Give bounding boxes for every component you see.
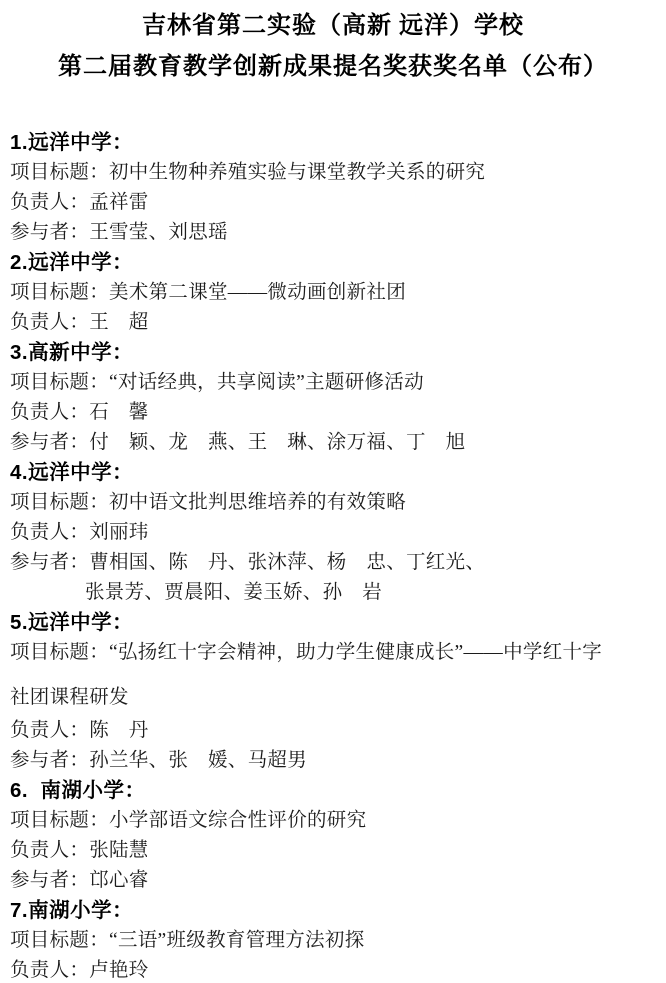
document-body: 1.远洋中学： 项目标题：初中生物种养殖实验与课堂教学关系的研究 负责人：孟祥雷… (0, 128, 666, 983)
section-1-header: 1.远洋中学： (10, 128, 656, 158)
section-7-project-title: 项目标题：“三语”班级教育管理方法初探 (10, 926, 656, 956)
section-6-header: 6. 南湖小学： (10, 776, 656, 806)
section-5-leader: 负责人：陈 丹 (10, 716, 656, 746)
section-1-leader: 负责人：孟祥雷 (10, 188, 656, 218)
section-3-leader: 负责人：石 馨 (10, 398, 656, 428)
section-7-header: 7.南湖小学： (10, 896, 656, 926)
section-5-header: 5.远洋中学： (10, 608, 656, 638)
section-4-header: 4.远洋中学： (10, 458, 656, 488)
section-6-participants: 参与者：邙心睿 (10, 866, 656, 896)
section-6-leader: 负责人：张陆慧 (10, 836, 656, 866)
section-3-participants: 参与者：付 颖、龙 燕、王 琳、涂万福、丁 旭 (10, 428, 656, 458)
section-2-header: 2.远洋中学： (10, 248, 656, 278)
section-4-project-title: 项目标题：初中语文批判思维培养的有效策略 (10, 488, 656, 518)
section-3-header: 3.高新中学： (10, 338, 656, 368)
document-title-block: 吉林省第二实验（高新 远洋）学校 第二届教育教学创新成果提名奖获奖名单（公布） (0, 0, 666, 88)
section-1-project-title: 项目标题：初中生物种养殖实验与课堂教学关系的研究 (10, 158, 656, 188)
document-title-line-2: 第二届教育教学创新成果提名奖获奖名单（公布） (0, 47, 666, 88)
section-4-participants: 参与者：曹相国、陈 丹、张沐萍、杨 忠、丁红光、 (10, 548, 656, 578)
document-title-line-1: 吉林省第二实验（高新 远洋）学校 (0, 6, 666, 47)
section-5-project-title: 项目标题：“弘扬红十字会精神，助力学生健康成长”——中学红十字 (10, 638, 656, 668)
section-4-leader: 负责人：刘丽玮 (10, 518, 656, 548)
section-4-participants-continued: 张景芳、贾晨阳、姜玉娇、孙 岩 (10, 578, 656, 608)
section-2-project-title: 项目标题：美术第二课堂——微动画创新社团 (10, 278, 656, 308)
section-5-project-title-continued: 社团课程研发 (10, 683, 656, 713)
section-2-leader: 负责人：王 超 (10, 308, 656, 338)
section-6-project-title: 项目标题：小学部语文综合性评价的研究 (10, 806, 656, 836)
section-7-leader: 负责人：卢艳玲 (10, 956, 656, 983)
document-page: 吉林省第二实验（高新 远洋）学校 第二届教育教学创新成果提名奖获奖名单（公布） … (0, 0, 666, 983)
section-3-project-title: 项目标题：“对话经典，共享阅读”主题研修活动 (10, 368, 656, 398)
section-1-participants: 参与者：王雪莹、刘思瑶 (10, 218, 656, 248)
section-5-participants: 参与者：孙兰华、张 媛、马超男 (10, 746, 656, 776)
